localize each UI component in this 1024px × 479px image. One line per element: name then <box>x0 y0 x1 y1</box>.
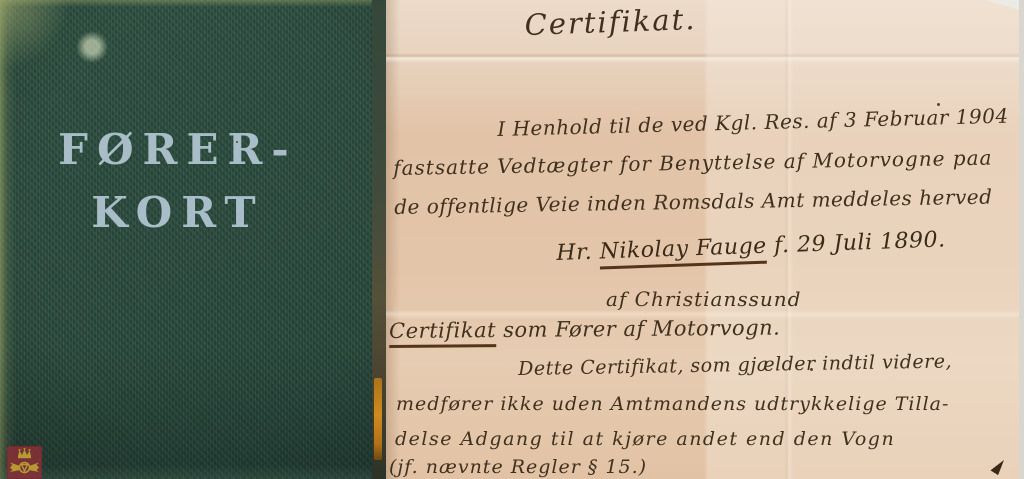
crowned-winged-wheel-emblem <box>7 443 42 479</box>
body-line-2: medfører ikke uden Amtmandens udtrykkeli… <box>396 393 949 415</box>
body-line-3: delse Adgang til at kjøre andet end den … <box>395 428 895 450</box>
cover-title-line1: FØRER- <box>18 118 338 181</box>
scan-edge-strip <box>1019 0 1024 479</box>
booklet-cover: FØRER- KORT <box>0 0 378 479</box>
cover-speck <box>236 141 238 143</box>
ink-mark <box>990 457 1006 475</box>
photo-scene: FØRER- KORT <box>0 0 1024 479</box>
holder-name-underlined: Nikolay Fauge <box>599 234 767 270</box>
body-line-4: (jf. nævnte Regler § 15.) <box>389 456 647 478</box>
scan-corner-artifact <box>985 0 1021 10</box>
document-title: Certifikat. <box>524 2 697 42</box>
certificate-word-underlined: Certifikat <box>389 318 496 348</box>
certificate-heading-line: Certifikat som Fører af Motorvogn. <box>389 316 780 343</box>
holder-origin-line: af Christianssund <box>606 287 801 311</box>
cover-title-line2: KORT <box>18 181 338 244</box>
name-prefix: Hr. <box>556 239 600 265</box>
cover-title: FØRER- KORT <box>18 118 338 244</box>
certificate-heading-rest: som Fører af Motorvogn. <box>496 316 781 342</box>
orange-book-edge <box>374 378 382 460</box>
